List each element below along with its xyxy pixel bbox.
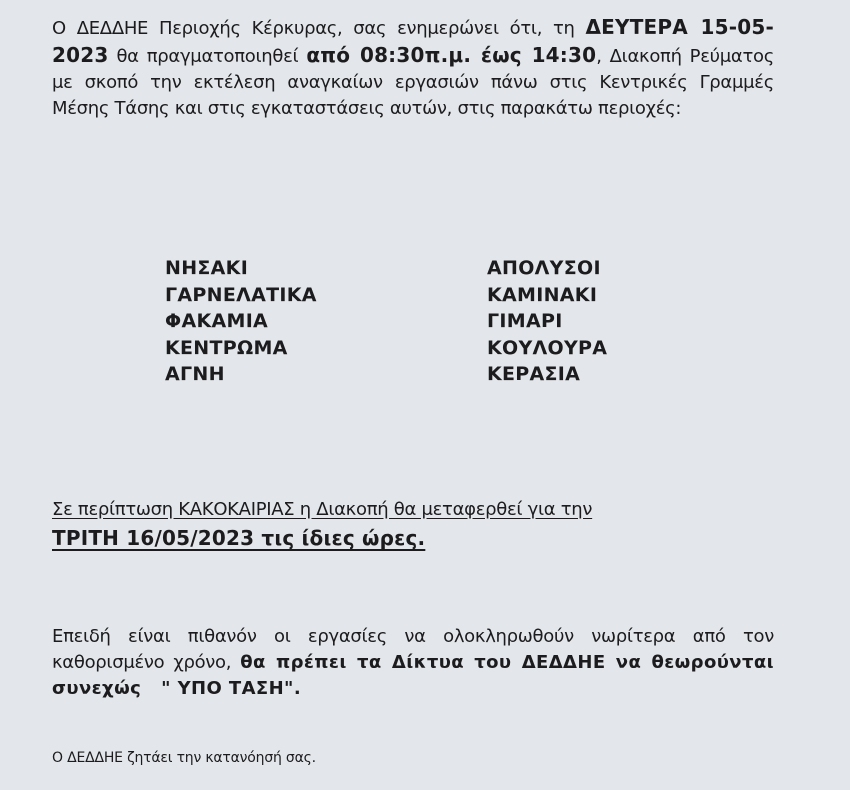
- outage-time: από 08:30π.μ. έως 14:30: [306, 43, 596, 67]
- area-item: ΑΓΝΗ: [165, 361, 317, 388]
- alternate-date: ΤΡΙΤΗ 16/05/2023 τις ίδιες ώρες.: [52, 525, 425, 551]
- live-network-notice: Επειδή είναι πιθανόν οι εργασίες να ολοκ…: [52, 624, 774, 702]
- area-item: ΦΑΚΑΜΙΑ: [165, 308, 317, 335]
- bad-weather-text: Σε περίπτωση ΚΑΚΟΚΑΙΡΙΑΣ η Διακοπή θα με…: [52, 497, 592, 523]
- areas-right-column: ΑΠΟΛΥΣΟΙ ΚΑΜΙΝΑΚΙ ΓΙΜΑΡΙ ΚΟΥΛΟΥΡΑ ΚΕΡΑΣΙ…: [487, 255, 607, 388]
- intro-text-2: θα πραγματοποιηθεί: [108, 46, 306, 67]
- area-item: ΓΑΡΝΕΛΑΤΙΚΑ: [165, 282, 317, 309]
- area-item: ΚΕΡΑΣΙΑ: [487, 361, 607, 388]
- intro-paragraph: Ο ΔΕΔΔΗΕ Περιοχής Κέρκυρας, σας ενημερών…: [52, 14, 774, 122]
- bad-weather-notice: Σε περίπτωση ΚΑΚΟΚΑΙΡΙΑΣ η Διακοπή θα με…: [52, 497, 592, 553]
- area-item: ΚΕΝΤΡΩΜΑ: [165, 335, 317, 362]
- area-item: ΑΠΟΛΥΣΟΙ: [487, 255, 607, 282]
- area-item: ΚΑΜΙΝΑΚΙ: [487, 282, 607, 309]
- area-item: ΓΙΜΑΡΙ: [487, 308, 607, 335]
- area-item: ΝΗΣΑΚΙ: [165, 255, 317, 282]
- areas-left-column: ΝΗΣΑΚΙ ΓΑΡΝΕΛΑΤΙΚΑ ΦΑΚΑΜΙΑ ΚΕΝΤΡΩΜΑ ΑΓΝΗ: [165, 255, 317, 388]
- area-item: ΚΟΥΛΟΥΡΑ: [487, 335, 607, 362]
- closing-text: Ο ΔΕΔΔΗΕ ζητάει την κατανόησή σας.: [52, 748, 316, 768]
- intro-text-1: Ο ΔΕΔΔΗΕ Περιοχής Κέρκυρας, σας ενημερών…: [52, 18, 585, 39]
